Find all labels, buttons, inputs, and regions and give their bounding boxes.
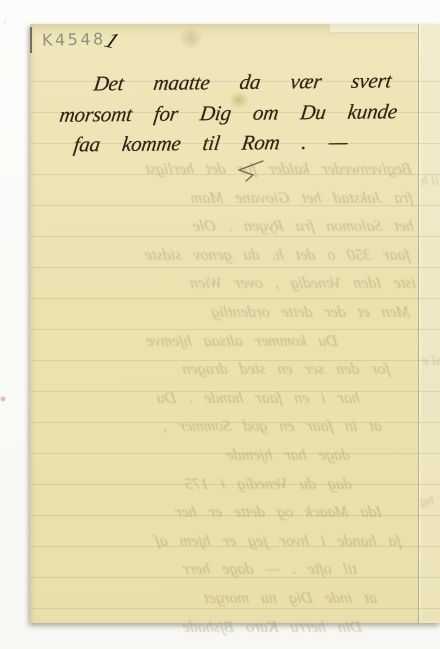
bleedthrough-line: dage har hjemde: [143, 442, 352, 471]
bleedthrough-fragment: il h: [421, 174, 439, 190]
bleedthrough-line: Begivenweder kalder for det herligst: [110, 156, 414, 185]
bleedthrough-line: har i en faar hande . Du: [58, 385, 362, 414]
bleedthrough-line: til ofte . — dage herr: [63, 556, 359, 585]
left-edge-mark: [30, 27, 32, 53]
bleedthrough-line: at in faar en god Sommer ,: [48, 413, 384, 442]
bleedthrough-fragment: hg: [420, 494, 434, 510]
letter-scan: K4548 1 Det maatte da vær svert morsomt …: [0, 0, 440, 649]
handwritten-line: morsomt for Dig om Du kunde: [58, 99, 399, 128]
bleedthrough-text: Begivenweder kalder for det herligst fra…: [30, 156, 418, 642]
bleedthrough-line: iste Iden Venedig , over Wien: [86, 270, 418, 299]
bleedthrough-line: dag du Venedig i 175: [118, 471, 354, 500]
scanner-edge-band: [330, 24, 418, 33]
bleedthrough-line: Men et der dette ordentlig: [36, 299, 412, 328]
bleedthrough-line: het Salomon fra Rygen . Ole: [68, 213, 416, 242]
bleedthrough-line: faar 350 o det h. du genov sidste: [98, 242, 412, 271]
bleedthrough-line: for den ser en sted dragen: [58, 356, 392, 385]
bleedthrough-fragment: sl e: [422, 354, 440, 370]
bleedthrough-line: Ida Maack og dette er her: [58, 499, 384, 528]
paper-smudge: [178, 26, 204, 50]
catalog-number: K4548: [42, 29, 106, 49]
handwritten-line: faa komme til Rom . —: [72, 130, 349, 158]
bleedthrough-line: fra Jakstad het Giovane Mam: [73, 185, 415, 214]
bleedthrough-line: Du kommer altsaa hjemve: [36, 328, 340, 357]
letter-page: K4548 1 Det maatte da vær svert morsomt …: [30, 24, 440, 623]
bleedthrough-line: at inde Dig nu morget: [53, 585, 379, 614]
handwritten-line: Det maatte da vær svert: [92, 68, 393, 96]
fold-crease-strip: [418, 24, 440, 623]
bleedthrough-line: fa hande i hvor jeg er hjem af: [53, 528, 403, 557]
bleedthrough-line: Din herru Karo Bjshade: [60, 614, 364, 643]
